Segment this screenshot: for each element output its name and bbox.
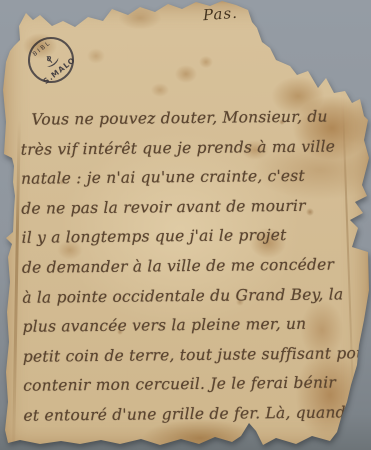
handwritten-line: il y a longtemps que j'ai le projet [22,226,362,259]
top-annotation: Pas. [202,4,238,24]
handwritten-line: et entouré d'une grille de fer. Là, quan… [23,403,363,436]
handwritten-line: très vif intérêt que je prends à ma vill… [21,137,361,170]
handwritten-line: plus avancée vers la pleine mer, un [22,314,362,347]
paper-wrapper: BIBL S.MALO Pas. Vous ne pouvez douter, … [0,0,371,450]
handwritten-line: contenir mon cercueil. Je le ferai bénir [23,374,363,407]
handwritten-line: natale : je n'ai qu'une crainte, c'est [21,166,361,199]
handwritten-line: petit coin de terre, tout juste suffisan… [23,344,363,377]
handwritten-line: de ne pas la revoir avant de mourir [21,196,361,229]
letter-body: Vous ne pouvez douter, Monsieur, du très… [20,107,363,436]
letter-paper: BIBL S.MALO Pas. Vous ne pouvez douter, … [0,0,371,450]
handwritten-line: de demander à la ville de me concéder [22,255,362,288]
photo-background: BIBL S.MALO Pas. Vous ne pouvez douter, … [0,0,371,450]
handwritten-line: Vous ne pouvez douter, Monsieur, du [20,107,360,140]
library-stamp: BIBL S.MALO [19,28,84,93]
handwritten-line: à la pointe occidentale du Grand Bey, la [22,285,362,318]
paper-crease-left [12,120,21,442]
